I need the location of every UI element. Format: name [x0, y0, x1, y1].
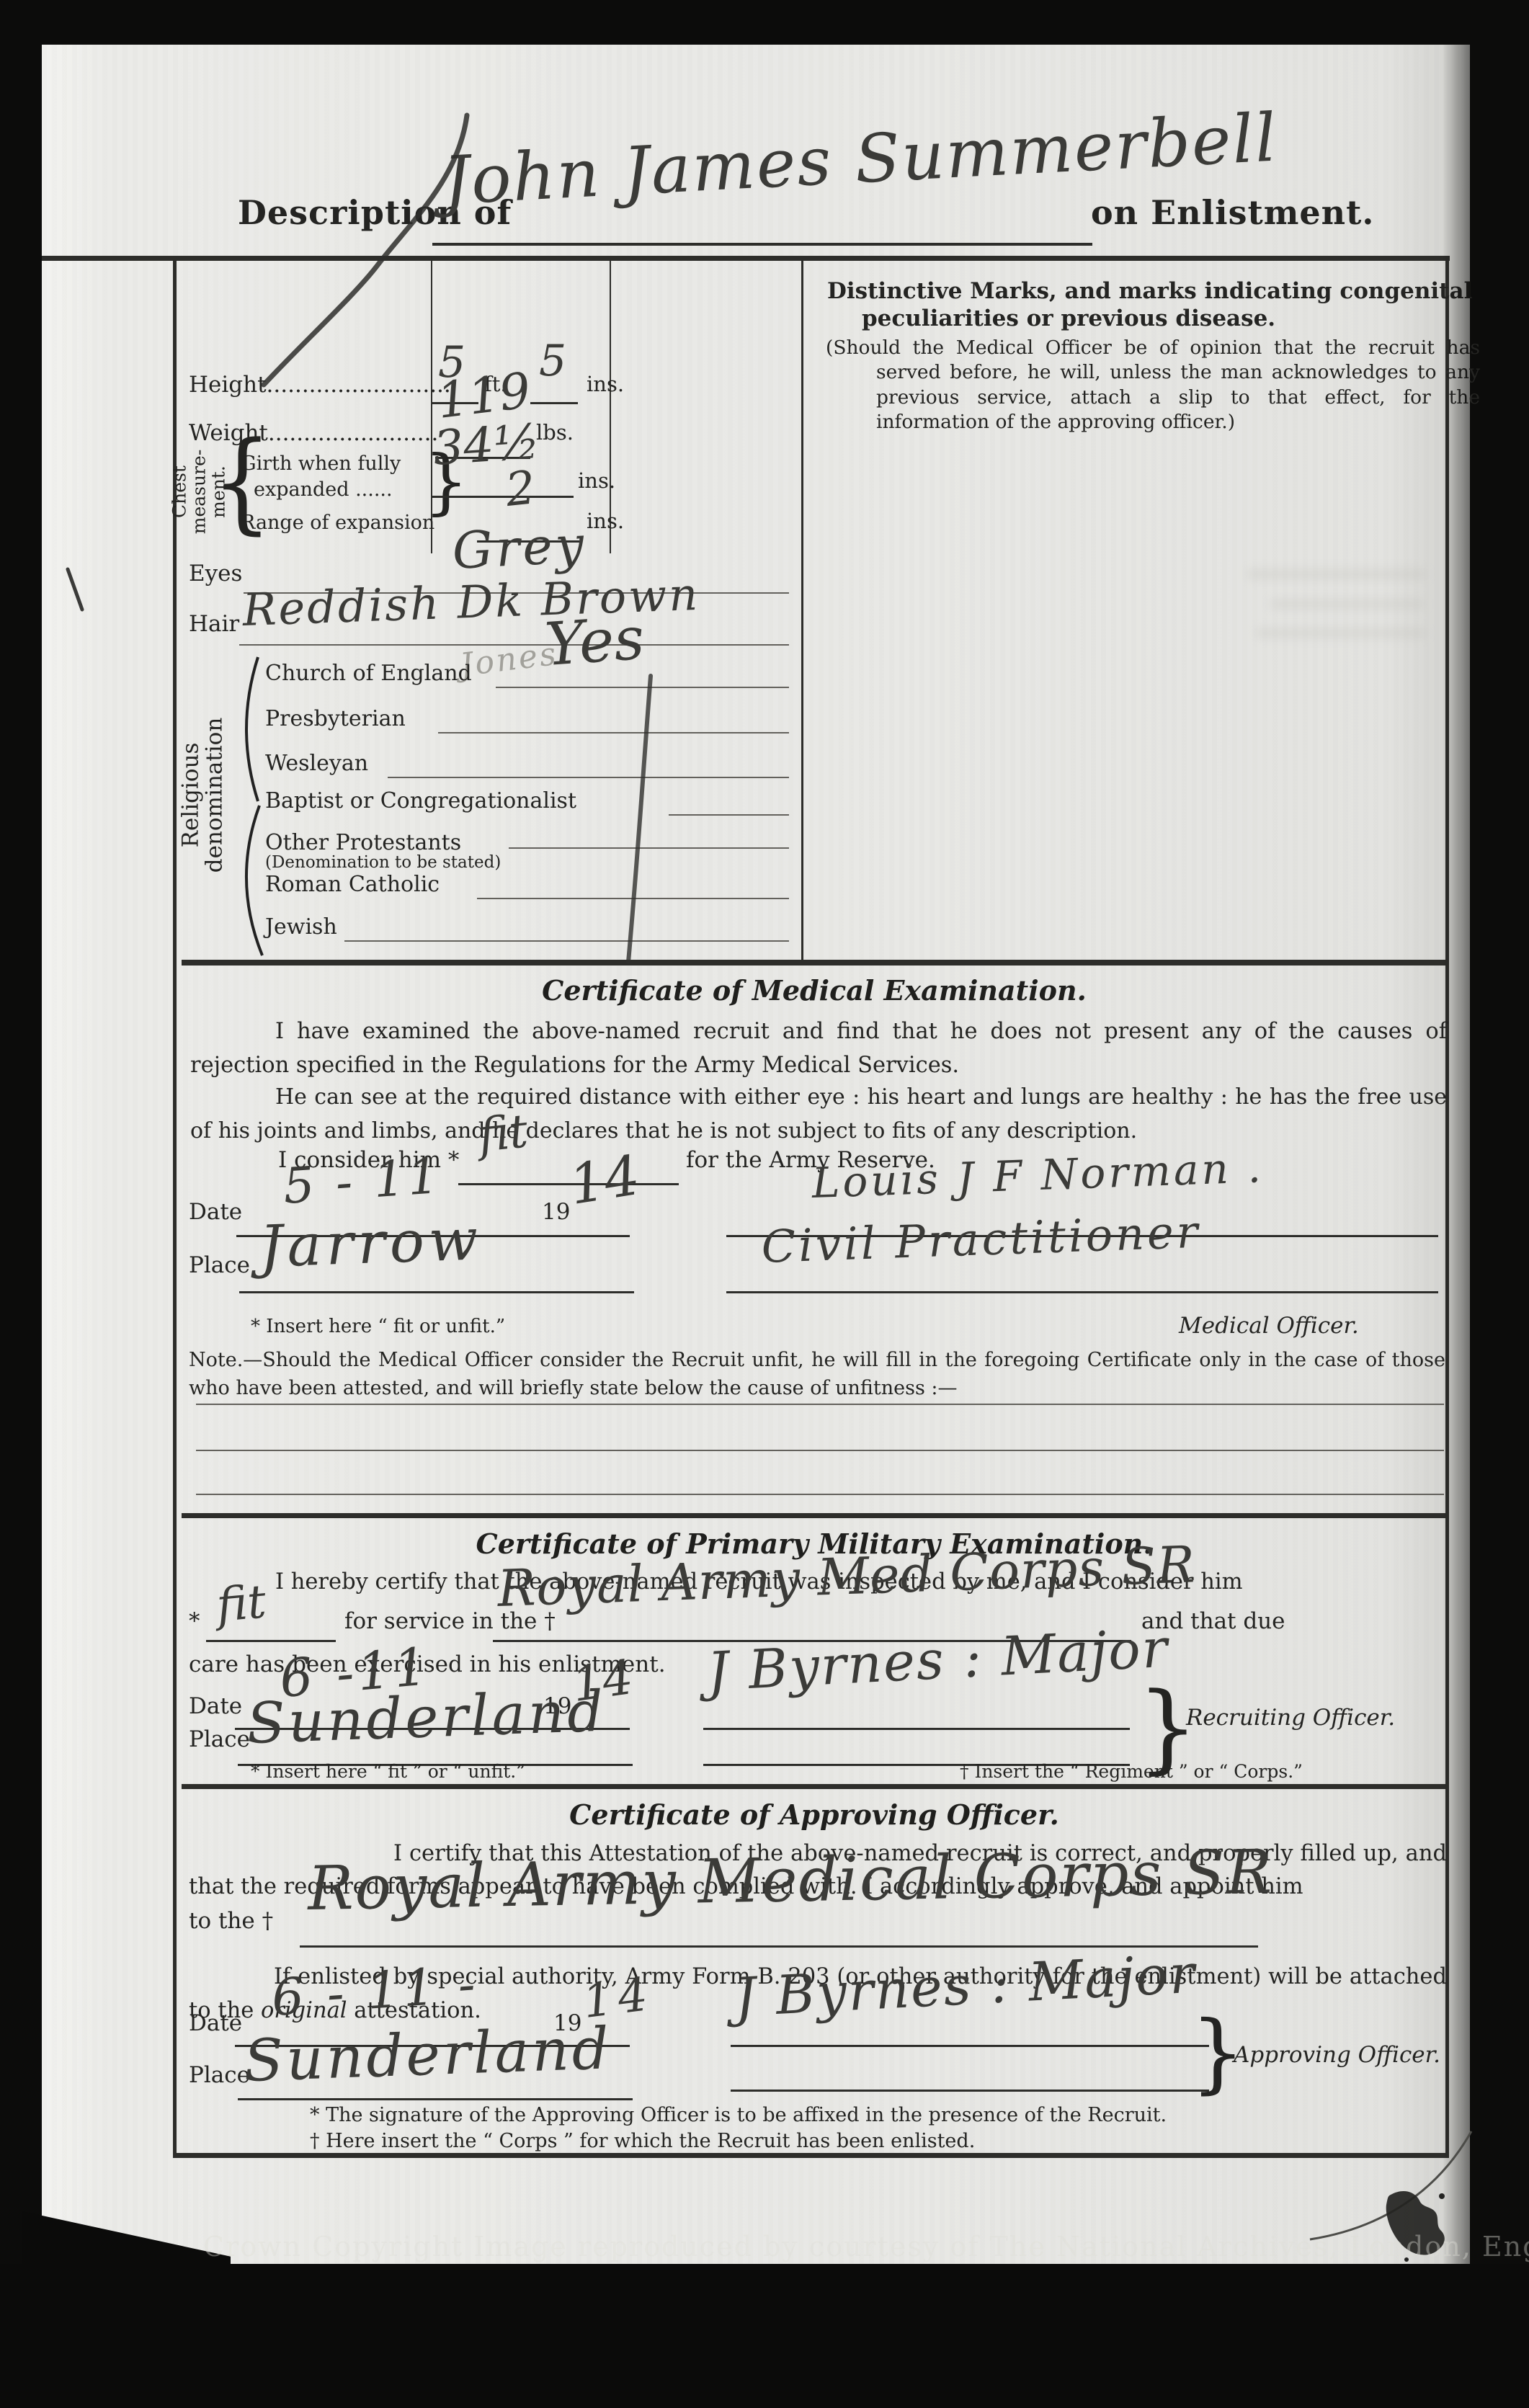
form-title-suffix: on Enlistment. — [1091, 193, 1374, 232]
primary-signature-line — [703, 1728, 1130, 1730]
hair-label: Hair — [189, 611, 239, 637]
approving-certificate-title: Certificate of Approving Officer. — [182, 1798, 1447, 1831]
distinctive-marks-heading-line1: Distinctive Marks, and marks indicating … — [827, 278, 1472, 304]
range-unit: ins. — [587, 509, 624, 533]
religion-row-line — [496, 687, 789, 688]
medical-place-line — [239, 1291, 634, 1293]
religion-row-line — [477, 898, 789, 899]
height-in-value: 5 — [539, 336, 566, 386]
description-box-bottom-rule — [182, 960, 1447, 966]
girth-unit: ins. — [578, 468, 615, 493]
religion-row-sublabel: (Denomination to be stated) — [265, 853, 501, 872]
religion-row-label: Church of England — [265, 661, 472, 686]
religion-row-value: Yes — [543, 605, 646, 679]
range-value: 2 — [503, 461, 538, 517]
medical-date-label: Date — [189, 1199, 242, 1225]
distinctive-marks-note: (Should the Medical Officer be of opinio… — [826, 336, 1480, 435]
recruiting-officer-label: Recruiting Officer. — [1186, 1705, 1395, 1731]
primary-date-label: Date — [189, 1693, 242, 1719]
approving-place-value: Sunderland — [243, 2015, 613, 2095]
approving-date-label: Date — [189, 2010, 242, 2036]
medical-note: Note.—Should the Medical Officer conside… — [189, 1346, 1445, 1402]
girth-label-line1: Girth when fully — [241, 452, 401, 475]
approving-footnote-1: * The signature of the Approving Officer… — [310, 2104, 1167, 2126]
bleedthrough-smudge — [1247, 569, 1427, 579]
primary-star: * — [189, 1608, 200, 1634]
approving-signature-line — [731, 2045, 1209, 2047]
bleedthrough-smudge — [1255, 628, 1427, 638]
medical-certificate-title: Certificate of Medical Examination. — [182, 974, 1447, 1007]
page-edge-shadow — [1443, 45, 1470, 2264]
primary-fit-value: fit — [215, 1575, 269, 1633]
medical-paragraph-1: I have examined the above-named recruit … — [190, 1015, 1447, 1083]
section-divider — [182, 1784, 1447, 1789]
primary-fit-underline — [206, 1640, 336, 1642]
approving-place-label: Place — [189, 2062, 250, 2088]
height-label: Height.......................... — [189, 372, 451, 398]
blank-rule-line — [196, 1450, 1444, 1451]
religious-denomination-vertical-label: Religious denomination — [179, 715, 228, 874]
religion-row-label: Roman Catholic — [265, 872, 440, 897]
weight-unit: lbs. — [536, 420, 574, 445]
approving-tothe-text: to the † — [189, 1908, 273, 1934]
girth-label-line2: expanded ...... — [254, 478, 393, 501]
blank-rule-line — [196, 1494, 1444, 1495]
bleedthrough-smudge — [1270, 599, 1425, 609]
consider-fit-value: fit — [476, 1105, 530, 1163]
approving-blank-line — [731, 2090, 1209, 2092]
box-bottom-border — [173, 2153, 1449, 2158]
eyes-value: Grey — [451, 514, 588, 581]
religion-row-label: Other Protestants — [265, 830, 461, 855]
eyes-label: Eyes — [189, 561, 242, 587]
height-in-underline — [530, 402, 578, 404]
scanned-enlistment-form: Description of John James Summerbell on … — [0, 0, 1529, 2408]
medical-officer-label: Medical Officer. — [1179, 1313, 1359, 1339]
medical-year-value: 14 — [565, 1143, 643, 1217]
religion-row-label: Baptist or Congregationalist — [265, 788, 576, 813]
primary-footnote-1: * Insert here “ fit ” or “ unfit.” — [251, 1761, 525, 1782]
medical-role-line — [726, 1291, 1438, 1293]
consider-underline — [458, 1183, 679, 1185]
approving-footnote-2: † Here insert the “ Corps ” for which th… — [310, 2130, 975, 2152]
religion-row-line — [344, 940, 789, 942]
approving-officer-label: Approving Officer. — [1234, 2042, 1440, 2068]
medical-date-value: 5 - 11 — [281, 1148, 443, 1216]
medical-footnote: * Insert here “ fit or unfit.” — [251, 1316, 505, 1337]
primary-footnote-2: † Insert the “ Regiment ” or “ Corps.” — [960, 1761, 1303, 1782]
title-underline — [432, 243, 1092, 246]
center-divider — [801, 258, 803, 963]
religion-row-label: Presbyterian — [265, 706, 406, 731]
range-label: Range of expansion — [241, 512, 434, 534]
archive-watermark: Crown Copyright Image reproduced by cour… — [203, 2231, 1529, 2262]
religion-row-line — [388, 777, 789, 778]
distinctive-marks-heading-line2: peculiarities or previous disease. — [862, 306, 1275, 331]
medical-year-printed: 19 — [542, 1199, 570, 1225]
blank-rule-line — [196, 1404, 1444, 1405]
medical-place-value: Jarrow — [259, 1205, 483, 1280]
section-divider — [182, 1513, 1447, 1518]
medical-paragraph-2: He can see at the required distance with… — [190, 1081, 1447, 1148]
scan-bottom-border — [0, 2264, 1529, 2408]
primary-place-label: Place — [189, 1726, 250, 1752]
height-in-unit: ins. — [587, 372, 624, 396]
approving-place-line — [238, 2098, 633, 2100]
girth-underline — [432, 496, 574, 498]
religion-row-label: Jewish — [265, 914, 337, 940]
religion-row-label: Wesleyan — [265, 751, 368, 776]
primary-place-value: Sunderland — [246, 1680, 607, 1757]
medical-place-label: Place — [189, 1252, 250, 1278]
religion-row-line — [669, 814, 789, 816]
religion-row-line — [509, 847, 789, 849]
top-rule — [42, 256, 1450, 261]
religion-row-line — [438, 732, 789, 733]
